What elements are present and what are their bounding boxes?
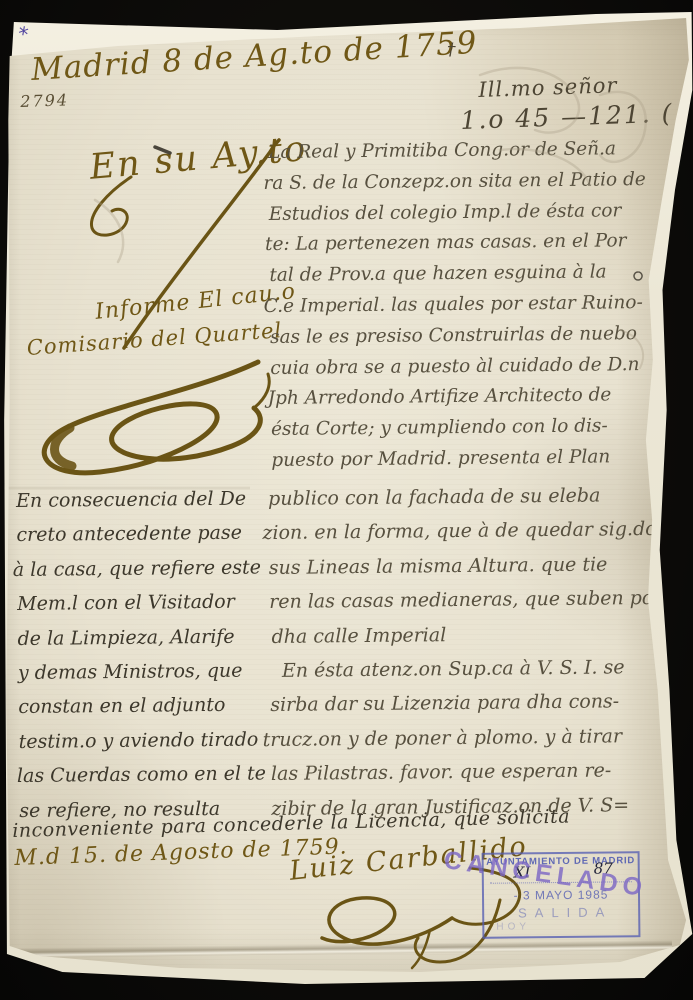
cross-mark: † bbox=[447, 40, 456, 60]
body-line: dha calle Imperial bbox=[271, 621, 669, 660]
report-line: Mem.l con el Visitador bbox=[17, 590, 273, 627]
body-line: ra S. de la Conzepz.on sita en el Patio … bbox=[263, 169, 668, 204]
body-line: La Real y Primitiba Cong.or de Señ.a bbox=[268, 138, 668, 173]
file-number: 2794 bbox=[20, 90, 69, 111]
stamp-salida-label: SALIDA bbox=[482, 904, 640, 921]
body-line: sas le es presiso Construirlas de nuebo bbox=[270, 323, 670, 358]
report-line: à la casa, que refiere este bbox=[13, 556, 273, 593]
report-line: y demas Ministros, que bbox=[18, 659, 274, 696]
report-line: las Cuerdas como en el te bbox=[17, 762, 275, 799]
body-line: las Pilastras. favor. que esperan re- bbox=[271, 759, 671, 798]
body-line: Estudios del colegio Imp.l de ésta cor bbox=[269, 199, 669, 234]
body-line: trucz.on y de poner à plomo. y à tirar bbox=[263, 725, 671, 764]
body-line: publico con la fachada de su eleba bbox=[268, 484, 668, 523]
body-line: cuia obra se a puesto àl cuidado de D.n bbox=[270, 353, 670, 388]
body-line: te: La pertenezen mas casas. en el Por bbox=[265, 230, 669, 265]
body-line: zion. en la forma, que à de quedar sig.d… bbox=[262, 518, 668, 557]
manuscript-sheet: Madrid 8 de Ag.to de 1759 2794 † Ill.mo … bbox=[0, 0, 693, 1000]
report-line: En consecuencia del De bbox=[16, 487, 272, 524]
body-line: puesto por Madrid. presenta el Plan bbox=[271, 446, 671, 481]
body-line: ésta Corte; y cumpliendo con lo dis- bbox=[271, 415, 671, 450]
body-line: En ésta atenz.on Sup.ca à V. S. I. se bbox=[282, 656, 670, 694]
body-line: Jph Arredondo Artifize Architecto de bbox=[268, 384, 671, 419]
body-line: sus Lineas la misma Altura. que tie bbox=[269, 553, 669, 592]
report-column: En consecuencia del De creto antecedente… bbox=[16, 487, 276, 834]
stamp-footer-text: HOY bbox=[496, 921, 530, 932]
body-line: tal de Prov.a que hazen esguina à la bbox=[269, 261, 669, 296]
manuscript-scan: * Madrid 8 de Ag.to de 1759 2794 † Ill.m… bbox=[0, 0, 693, 1000]
report-line: constan en el adjunto bbox=[18, 694, 274, 731]
report-line: de la Limpieza, Alarife bbox=[17, 625, 273, 662]
petition-body-upper: La Real y Primitiba Cong.or de Señ.a ra … bbox=[268, 138, 672, 481]
addressee-line: Ill.mo señor bbox=[478, 73, 618, 102]
report-line: testim.o y aviendo tirado bbox=[19, 728, 275, 765]
report-line: creto antecedente pase bbox=[16, 522, 272, 559]
body-line: sirba dar su Lizenzia para dha cons- bbox=[270, 690, 670, 729]
body-line: C.e Imperial. las quales por estar Ruino… bbox=[264, 292, 670, 327]
petition-body-lower: publico con la fachada de su eleba zion.… bbox=[268, 484, 672, 832]
body-line: ren las casas medianeras, que suben por bbox=[269, 587, 669, 626]
